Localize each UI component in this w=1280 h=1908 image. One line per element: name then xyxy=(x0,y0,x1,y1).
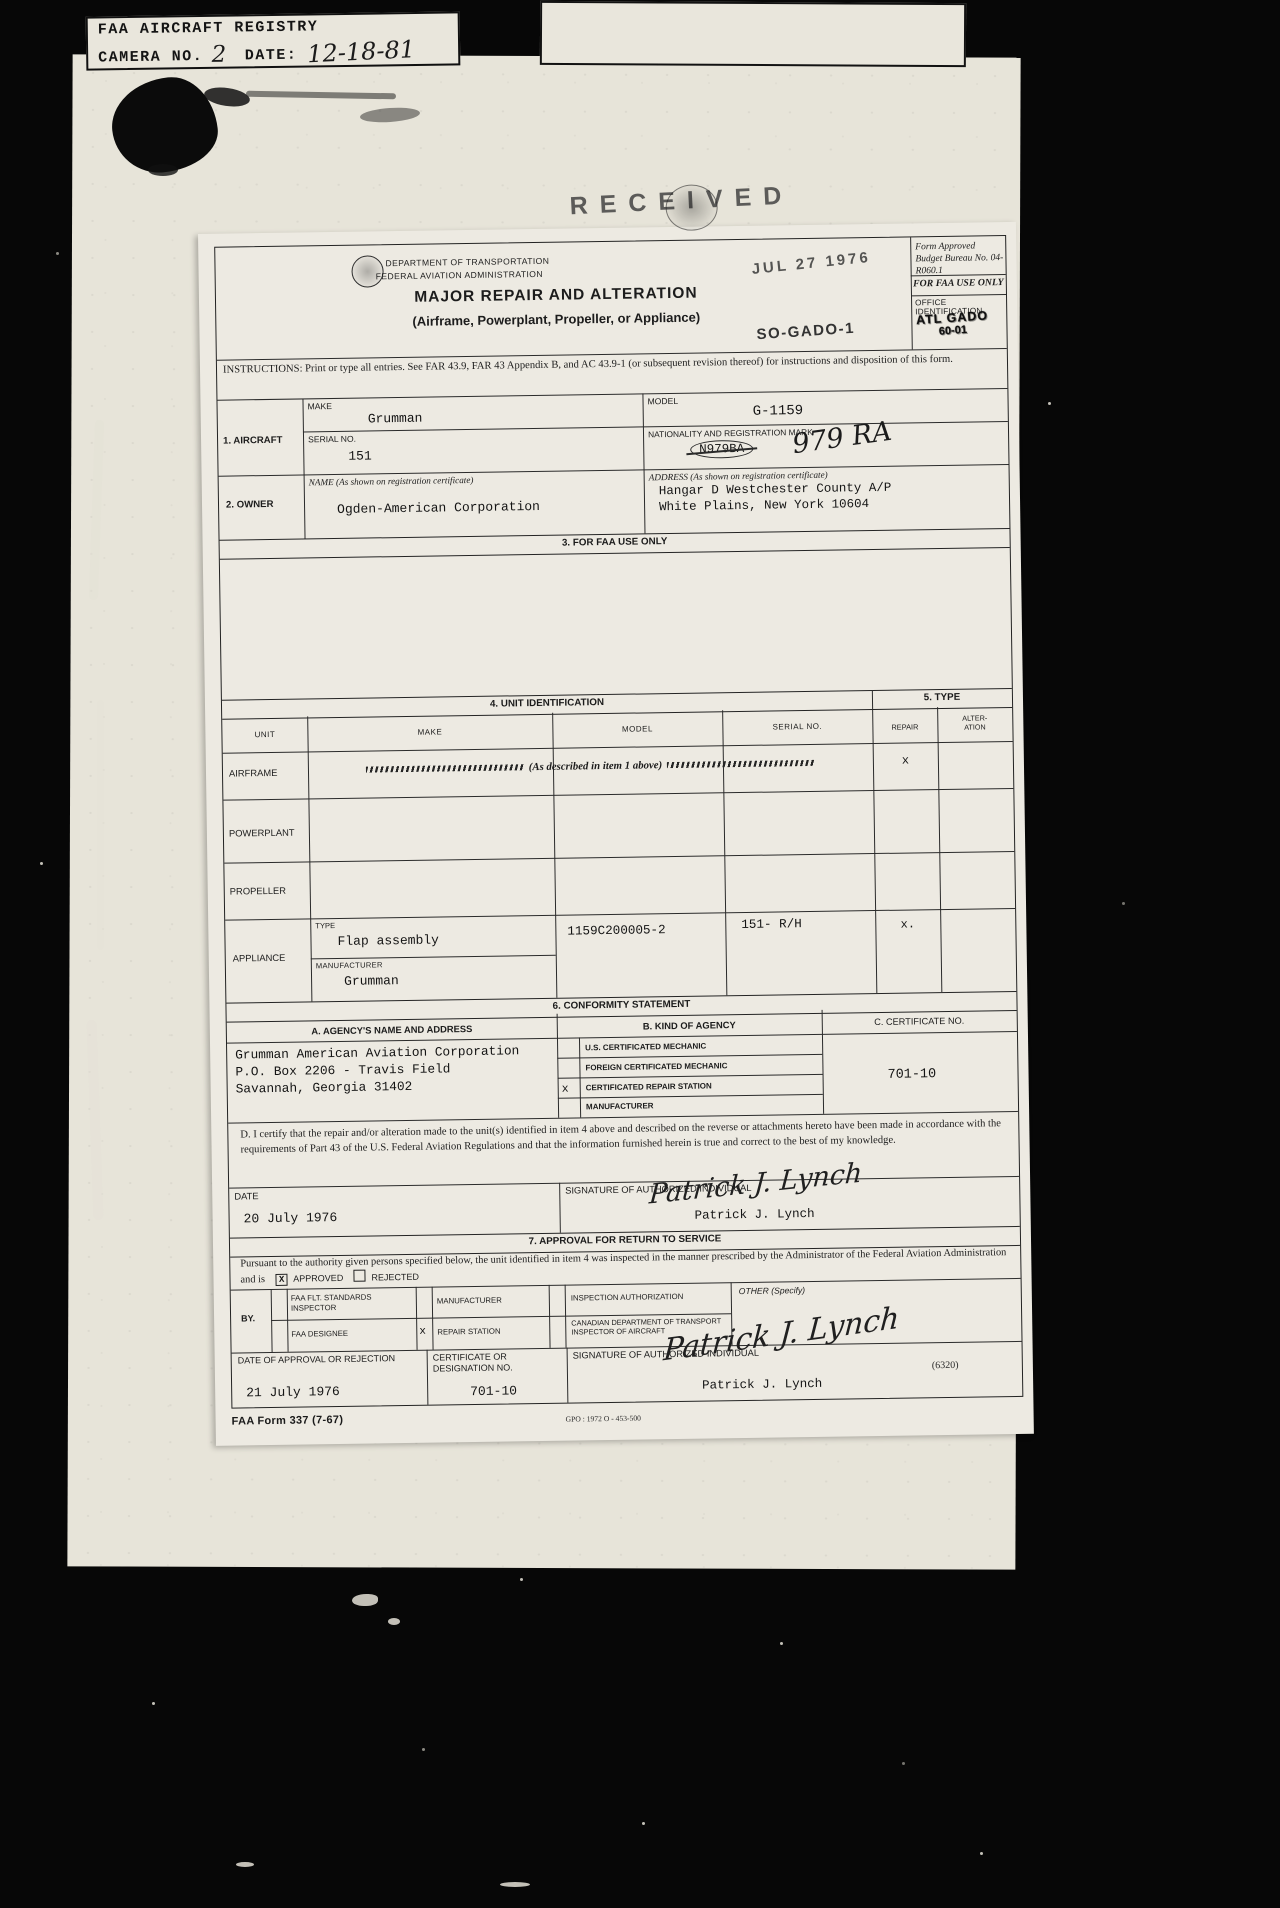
blank-label-box xyxy=(540,1,966,67)
page-code: (6320) xyxy=(932,1360,959,1371)
conformity-date-value: 20 July 1976 xyxy=(244,1210,338,1226)
approval-date-label: DATE OF APPROVAL OR REJECTION xyxy=(238,1353,403,1366)
film-speck xyxy=(980,1852,983,1855)
appliance-mfr-label: MANUFACTURER xyxy=(316,960,383,970)
conformity-date-label: DATE xyxy=(234,1190,258,1201)
registration-crossed-wrap: N979BA xyxy=(690,439,753,459)
appliance-serial-value: 151- R/H xyxy=(741,917,802,932)
film-speck xyxy=(902,1762,905,1765)
film-speck xyxy=(40,862,43,865)
designation-no-value: 701-10 xyxy=(470,1383,517,1399)
received-date-stamp: JUL 27 1976 xyxy=(751,249,872,278)
certificate-no-value: 701-10 xyxy=(887,1067,936,1083)
registration-label: NATIONALITY AND REGISTRATION MARK xyxy=(648,427,813,439)
model-value: G-1159 xyxy=(753,403,804,420)
col-model-header: MODEL xyxy=(552,723,722,735)
zigzag-line xyxy=(667,760,815,768)
film-speck xyxy=(1122,902,1125,905)
faa-designee-cell: FAA DESIGNEE xyxy=(291,1328,413,1339)
make-label: MAKE xyxy=(307,401,332,411)
powerplant-row-label: POWERPLANT xyxy=(229,827,295,839)
certificate-no-header: C. CERTIFICATE NO. xyxy=(822,1015,1017,1028)
kind-row-4: MANUFACTURER xyxy=(586,1101,654,1111)
section3-strip: 3. FOR FAA USE ONLY xyxy=(220,528,1010,560)
film-speck xyxy=(352,1594,378,1606)
kind-row-1: U.S. CERTIFICATED MECHANIC xyxy=(585,1042,706,1053)
office-id-stamp: ATL GADO 60-01 xyxy=(916,308,990,339)
by-label: BY. xyxy=(241,1313,255,1323)
conformity-signature-typed: Patrick J. Lynch xyxy=(695,1207,815,1223)
approved-checkbox: X xyxy=(276,1274,288,1286)
owner-name-value: Ogden-American Corporation xyxy=(337,499,540,517)
rule xyxy=(937,707,943,992)
faa-use-only-cell: FOR FAA USE ONLY xyxy=(911,277,1006,289)
rule xyxy=(722,710,728,995)
date-value: 12-18-81 xyxy=(306,35,415,68)
airframe-repair-mark: x xyxy=(873,753,938,768)
section4-strip: 4. UNIT IDENTIFICATION 5. TYPE xyxy=(222,688,1012,720)
kind-row-3-mark: x xyxy=(562,1083,569,1096)
section5-title: 5. TYPE xyxy=(872,691,1012,704)
film-speck xyxy=(422,1748,425,1751)
form-sheet: RECEIVED DEPARTMENT OF TRANSPORTATION FE… xyxy=(198,222,1034,1446)
kind-row-3: CERTIFICATED REPAIR STATION xyxy=(586,1081,712,1092)
approved-label: APPROVED xyxy=(293,1273,343,1284)
film-speck xyxy=(152,1702,155,1705)
film-speck xyxy=(780,1642,783,1645)
conformity-signature-script: Patrick J. Lynch xyxy=(648,1157,863,1210)
ink-blob xyxy=(148,164,178,176)
col-unit-header: UNIT xyxy=(222,729,307,739)
form-subtitle: (Airframe, Powerplant, Propeller, or App… xyxy=(276,308,836,331)
rule xyxy=(557,1054,822,1059)
manufacturer-cell: MANUFACTURER xyxy=(437,1295,547,1306)
date-label: DATE: xyxy=(245,47,298,65)
owner-name-label: NAME (As shown on registration certifica… xyxy=(309,475,474,487)
col-alteration-header: ALTER- ATION xyxy=(937,714,1012,732)
rule xyxy=(872,690,878,993)
appliance-mfr-value: Grumman xyxy=(344,973,399,989)
faa-line: FEDERAL AVIATION ADMINISTRATION xyxy=(376,269,543,281)
airframe-row-label: AIRFRAME xyxy=(229,767,278,779)
section2-row-label: 2. OWNER xyxy=(226,499,274,511)
film-speck xyxy=(642,1822,645,1825)
scanned-document: FAA AIRCRAFT REGISTRY CAMERA NO. 2 DATE:… xyxy=(0,0,1280,1908)
faa-flt-standards-cell: FAA FLT. STANDARDS INSPECTOR xyxy=(291,1292,413,1313)
col-repair-header: REPAIR xyxy=(872,722,937,732)
form-approved-cell: Form Approved Budget Bureau No. 04-R060.… xyxy=(915,240,1006,277)
section4-title: 4. UNIT IDENTIFICATION xyxy=(222,693,872,714)
rejected-label: REJECTED xyxy=(371,1272,419,1283)
designation-no-label: CERTIFICATE OR DESIGNATION NO. xyxy=(433,1351,553,1375)
rule xyxy=(559,1183,561,1233)
kind-row-2: FOREIGN CERTIFICATED MECHANIC xyxy=(585,1061,727,1072)
rule xyxy=(302,398,305,538)
other-specify-cell: OTHER (Specify) xyxy=(739,1285,806,1296)
film-speck xyxy=(56,252,59,255)
appliance-row-label: APPLIANCE xyxy=(233,952,286,964)
camera-no-value: 2 xyxy=(211,42,226,68)
agency-line3: Savannah, Georgia 31402 xyxy=(236,1076,520,1097)
rule xyxy=(224,851,1014,864)
repair-station-mark: x xyxy=(419,1326,426,1338)
rule xyxy=(223,741,1013,754)
col-alteration-line2: ATION xyxy=(937,722,1012,732)
registration-handwritten-value: 979 RA xyxy=(790,416,893,460)
rule xyxy=(567,1348,569,1403)
rule xyxy=(910,237,913,349)
appliance-type-label: TYPE xyxy=(315,921,335,930)
gpo-line: GPO : 1972 O - 453-500 xyxy=(566,1414,641,1424)
film-streak xyxy=(97,700,104,950)
owner-address-line2: White Plains, New York 10604 xyxy=(659,497,869,514)
dept-line: DEPARTMENT OF TRANSPORTATION xyxy=(385,256,549,268)
serial-value: 151 xyxy=(348,448,372,463)
section1-row-label: 1. AIRCRAFT xyxy=(223,435,283,447)
inspection-authorization-cell: INSPECTION AUTHORIZATION xyxy=(571,1291,726,1302)
repair-station-cell: REPAIR STATION xyxy=(437,1326,547,1337)
form-title: MAJOR REPAIR AND ALTERATION xyxy=(276,283,836,309)
approval-date-value: 21 July 1976 xyxy=(246,1384,340,1400)
film-speck xyxy=(1048,402,1051,405)
kind-of-agency-header: B. KIND OF AGENCY xyxy=(557,1018,822,1033)
owner-address-label: ADDRESS (As shown on registration certif… xyxy=(649,470,828,483)
appliance-repair-mark: x. xyxy=(875,917,940,932)
form-number: FAA Form 337 (7-67) xyxy=(232,1414,344,1428)
camera-no-label: CAMERA NO. xyxy=(98,48,203,66)
camera-registry-label: FAA AIRCRAFT REGISTRY CAMERA NO. 2 DATE:… xyxy=(86,11,461,70)
instructions-text: INSTRUCTIONS: Print or type all entries.… xyxy=(223,352,1001,377)
rule xyxy=(311,955,556,960)
approval-signature-typed: Patrick J. Lynch xyxy=(702,1377,822,1393)
agency-name-address: Grumman American Aviation Corporation P.… xyxy=(235,1042,520,1097)
col-serial-header: SERIAL NO. xyxy=(722,721,872,732)
airframe-fill: (As described in item 1 above) xyxy=(308,755,873,777)
budget-bureau-line: Budget Bureau No. 04-R060.1 xyxy=(915,252,1005,277)
owner-address-line1: Hangar D Westchester County A/P xyxy=(659,481,892,498)
form-border: DEPARTMENT OF TRANSPORTATION FEDERAL AVI… xyxy=(214,235,1023,1409)
rule xyxy=(219,464,1009,477)
rule xyxy=(558,1074,823,1079)
zigzag-line xyxy=(366,764,524,772)
rejected-checkbox xyxy=(354,1270,366,1282)
serial-label: SERIAL NO. xyxy=(308,434,356,445)
film-speck xyxy=(388,1618,400,1625)
agency-name-header: A. AGENCY'S NAME AND ADDRESS xyxy=(227,1022,557,1038)
rule xyxy=(223,788,1013,801)
rule xyxy=(217,388,1007,401)
registration-crossed-value: N979BA xyxy=(690,440,753,459)
make-value: Grumman xyxy=(368,411,423,427)
col-make-header: MAKE xyxy=(307,726,552,739)
film-speck xyxy=(236,1862,254,1867)
film-speck xyxy=(520,1578,523,1581)
film-speck xyxy=(500,1882,530,1887)
rule xyxy=(558,1094,823,1099)
rule xyxy=(427,1350,429,1405)
airframe-note: (As described in item 1 above) xyxy=(529,759,663,773)
certification-text: D. I certify that the repair and/or alte… xyxy=(240,1116,1008,1157)
appliance-model-value: 1159C200005-2 xyxy=(567,923,665,938)
approval-signature-script: Patrick J. Lynch xyxy=(662,1300,900,1368)
appliance-type-value: Flap assembly xyxy=(337,933,439,950)
rule xyxy=(642,393,645,533)
propeller-row-label: PROPELLER xyxy=(230,885,286,897)
model-label: MODEL xyxy=(647,396,678,406)
